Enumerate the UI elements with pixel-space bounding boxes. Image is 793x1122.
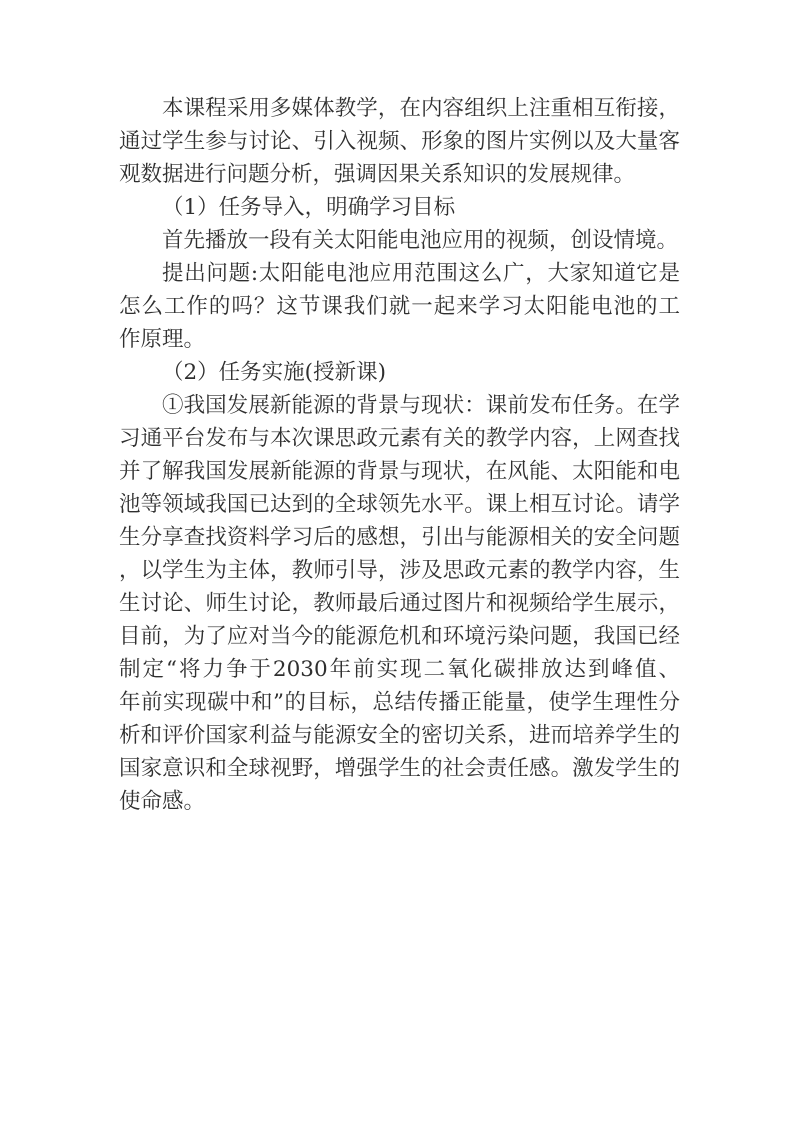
- text-line: 制定“将力争于2030年前实现二氧化碳排放达到峰值、2060: [119, 653, 680, 686]
- text-line: 目前，为了应对当今的能源危机和环境污染问题，我国已经: [119, 620, 680, 653]
- text-line: 池等领域我国已达到的全球领先水平。课上相互讨论。请学: [119, 488, 680, 521]
- text-line: 首先播放一段有关太阳能电池应用的视频，创设情境。: [119, 224, 680, 257]
- text-line: 生讨论、师生讨论，教师最后通过图片和视频给学生展示，: [119, 587, 680, 620]
- text-line: 使命感。: [119, 785, 680, 818]
- text-line: （1）任务导入，明确学习目标: [119, 191, 680, 224]
- text-line: 析和评价国家利益与能源安全的密切关系，进而培养学生的: [119, 719, 680, 752]
- text-line: ，以学生为主体，教师引导，涉及思政元素的教学内容，生: [119, 554, 680, 587]
- text-line: （2）任务实施(授新课): [119, 356, 680, 389]
- text-line: 习通平台发布与本次课思政元素有关的教学内容，上网查找: [119, 422, 680, 455]
- text-line: 怎么工作的吗？这节课我们就一起来学习太阳能电池的工: [119, 290, 680, 323]
- text-line: 提出问题:太阳能电池应用范围这么广，大家知道它是: [119, 257, 680, 290]
- text-line: 年前实现碳中和”的目标，总结传播正能量，使学生理性分: [119, 686, 680, 719]
- text-line: 通过学生参与讨论、引入视频、形象的图片实例以及大量客: [119, 125, 680, 158]
- text-line: 本课程采用多媒体教学，在内容组织上注重相互衔接，: [119, 92, 680, 125]
- text-line: 国家意识和全球视野，增强学生的社会责任感。激发学生的: [119, 752, 680, 785]
- text-line: ①我国发展新能源的背景与现状：课前发布任务。在学: [119, 389, 680, 422]
- text-line: 并了解我国发展新能源的背景与现状，在风能、太阳能和电: [119, 455, 680, 488]
- document-page: 本课程采用多媒体教学，在内容组织上注重相互衔接，通过学生参与讨论、引入视频、形象…: [0, 0, 793, 1122]
- text-line: 作原理。: [119, 323, 680, 356]
- text-line: 观数据进行问题分析，强调因果关系知识的发展规律。: [119, 158, 680, 191]
- text-line: 生分享查找资料学习后的感想，引出与能源相关的安全问题: [119, 521, 680, 554]
- text-block: 本课程采用多媒体教学，在内容组织上注重相互衔接，通过学生参与讨论、引入视频、形象…: [119, 92, 680, 818]
